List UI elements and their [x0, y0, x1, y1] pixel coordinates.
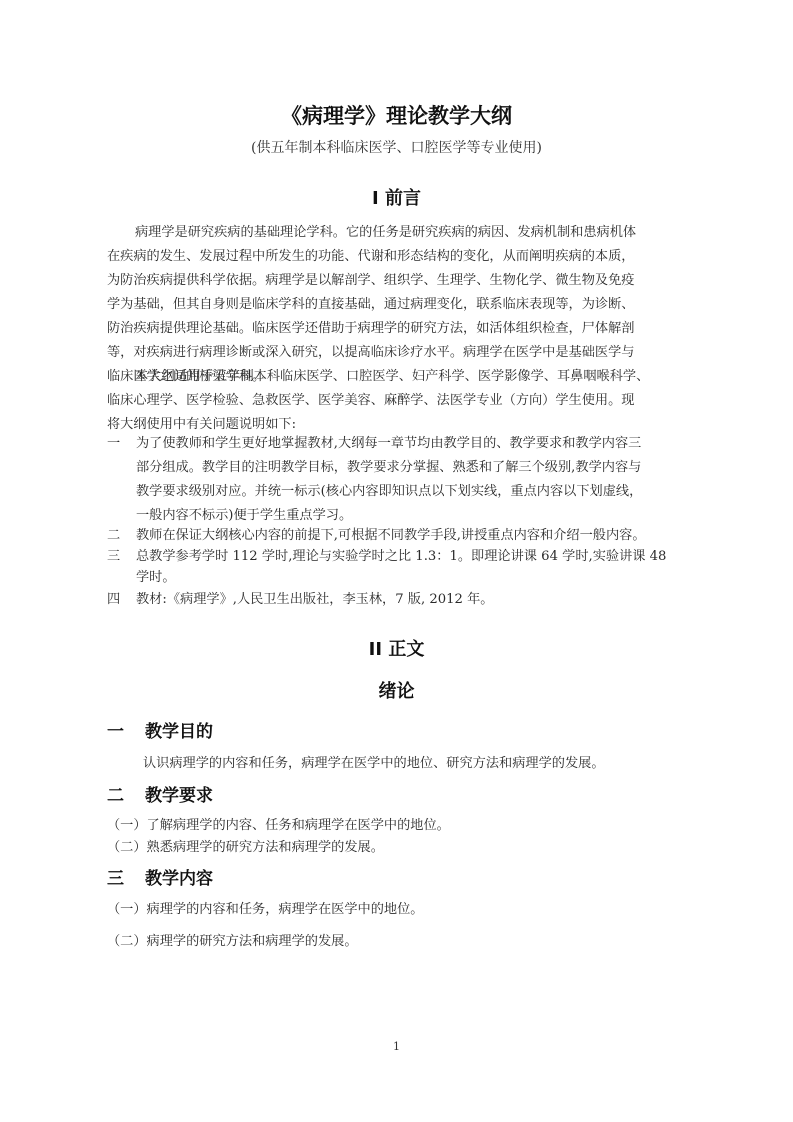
heading-requirements: 二教学要求: [107, 784, 213, 808]
note-line: 为了使教师和学生更好地掌握教材,大纲每一章节均由教学目的、教学要求和教学内容三: [136, 432, 641, 456]
heading-number: 一: [107, 720, 145, 744]
page-number: 1: [0, 1040, 793, 1053]
document-subtitle: (供五年制本科临床医学、口腔医学等专业使用): [0, 138, 793, 158]
paragraph-line: 防治疾病提供理论基础。临床医学还借助于病理学的研究方法，如活体组织检查，尸体解剖: [107, 317, 683, 341]
note-line: 教学要求级别对应。并统一标示(核心内容即知识点以下划实线，重点内容以下划虚线，: [136, 480, 642, 504]
paragraph-line: 等，对疾病进行病理诊断或深入研究，以提高临床诊疗水平。病理学在医学中是基础医学与: [107, 341, 683, 365]
note-line: 教材:《病理学》,人民卫生出版社，李玉林，7 版, 2012 年。: [136, 588, 493, 612]
chapter-title: 绪论: [0, 679, 793, 705]
heading-number: 二: [107, 784, 145, 808]
note-number: 四: [107, 588, 131, 612]
section-title-preface: I 前言: [0, 186, 793, 212]
requirement-item: （一）了解病理学的内容、任务和病理学在医学中的地位。: [107, 815, 450, 837]
note-line: 学时。: [136, 566, 176, 590]
note-number: 三: [107, 545, 131, 569]
content-item: （二）病理学的研究方法和病理学的发展。: [107, 931, 358, 953]
objective-text: 认识病理学的内容和任务，病理学在医学中的地位、研究方法和病理学的发展。: [143, 753, 605, 775]
paragraph-line: 学为基础，但其自身则是临床学科的直接基础，通过病理变化，联系临床表现等，为诊断、: [107, 293, 683, 317]
paragraph-line: 为防治疾病提供科学依据。病理学是以解剖学、组织学、生理学、生物化学、微生物及免疫: [107, 269, 683, 293]
document-title: 《病理学》理论教学大纲: [0, 101, 793, 131]
heading-text: 教学内容: [145, 869, 213, 889]
paragraph-line: 病理学是研究疾病的基础理论学科。它的任务是研究疾病的病因、发病机制和患病机体: [107, 221, 683, 245]
paragraph-line: 本大纲适用于五年制本科临床医学、口腔医学、妇产科学、医学影像学、耳鼻咽喉科学、: [107, 365, 683, 389]
heading-number: 三: [107, 867, 145, 891]
section-title-main: II 正文: [0, 637, 793, 663]
note-line: 部分组成。教学目的注明教学目标，教学要求分掌握、熟悉和了解三个级别,教学内容与: [136, 456, 641, 480]
note-line: 总教学参考学时 112 学时,理论与实验学时之比 1.3：1。即理论讲课 64 …: [136, 545, 666, 569]
heading-text: 教学要求: [145, 786, 213, 806]
paragraph-line: 在疾病的发生、发展过程中所发生的功能、代谢和形态结构的变化，从而阐明疾病的本质，: [107, 245, 683, 269]
paragraph-line: 临床心理学、医学检验、急救医学、医学美容、麻醉学、法医学专业（方向）学生使用。现: [107, 389, 683, 413]
note-number: 一: [107, 432, 131, 456]
heading-content: 三教学内容: [107, 867, 213, 891]
requirement-item: （二）熟悉病理学的研究方法和病理学的发展。: [107, 837, 384, 859]
intro-paragraph: 病理学是研究疾病的基础理论学科。它的任务是研究疾病的病因、发病机制和患病机体 在…: [107, 221, 683, 389]
heading-text: 教学目的: [145, 722, 213, 742]
content-item: （一）病理学的内容和任务，病理学在医学中的地位。: [107, 899, 424, 921]
scope-paragraph: 本大纲适用于五年制本科临床医学、口腔医学、妇产科学、医学影像学、耳鼻咽喉科学、 …: [107, 365, 683, 437]
heading-objective: 一教学目的: [107, 720, 213, 744]
